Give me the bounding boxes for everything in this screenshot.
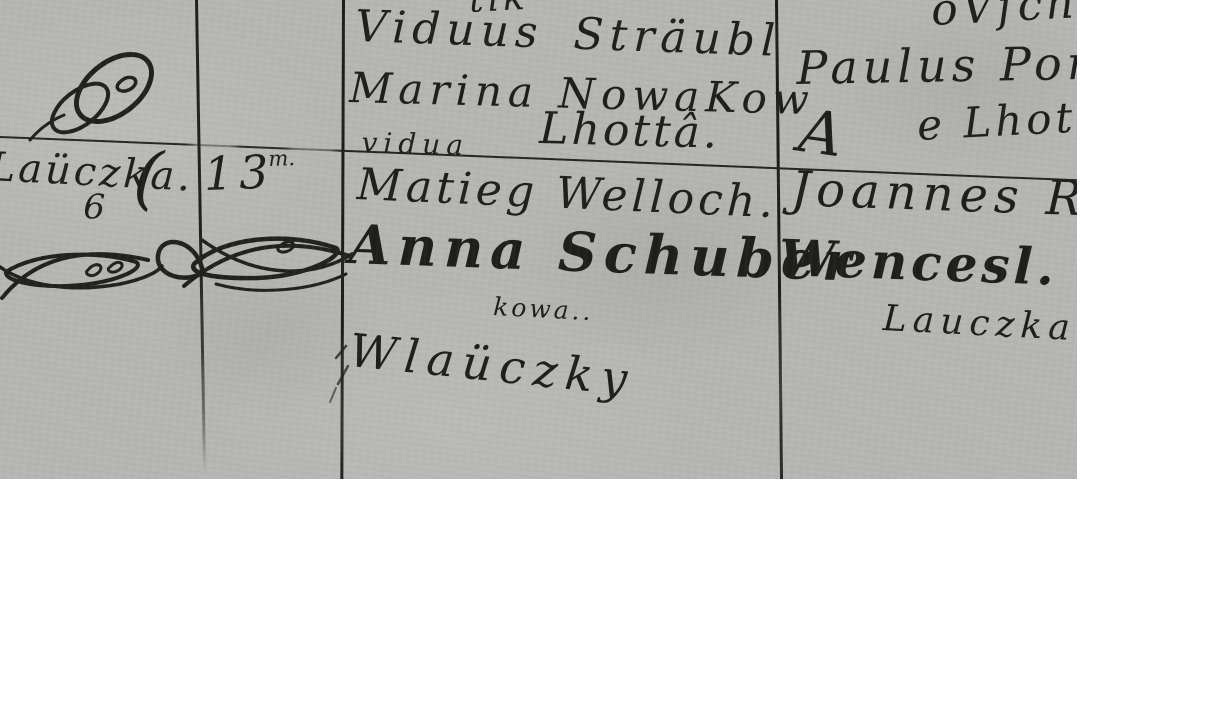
ditto-flourish-right-icon [150,220,355,305]
day-number: 13 [203,148,275,199]
widower-name-line: Viduus Sträubl [354,4,782,65]
witness-name-2: Wencesl. u [778,232,1077,296]
witness-clipped-fragment: oVſch [930,0,1077,34]
bride-surname-superscript: kowa.. [493,294,595,325]
flourish-letter: A [795,100,847,168]
witness-name-above: Paulus Por [796,39,1077,92]
ditto-flourish-left-icon [0,236,166,306]
double-oval-flourish-icon [22,42,172,147]
widow-status-word: vidua [361,128,469,160]
witness-name-1: Joannes R [790,164,1077,225]
witness-residence-above: e Lhottâ [916,93,1077,148]
origin-place: Wlaüczky [347,326,637,404]
stray-ink-marks-icon [316,344,352,404]
witness-place: Lauczka [882,300,1077,348]
day-ordinal-suffix: m. [268,147,295,170]
house-number: 6 [83,190,106,226]
register-scan-region: tik Viduus Sträubl Marina NowaKow vidua … [0,0,1077,479]
residence-word: Lhottâ. [539,106,721,157]
